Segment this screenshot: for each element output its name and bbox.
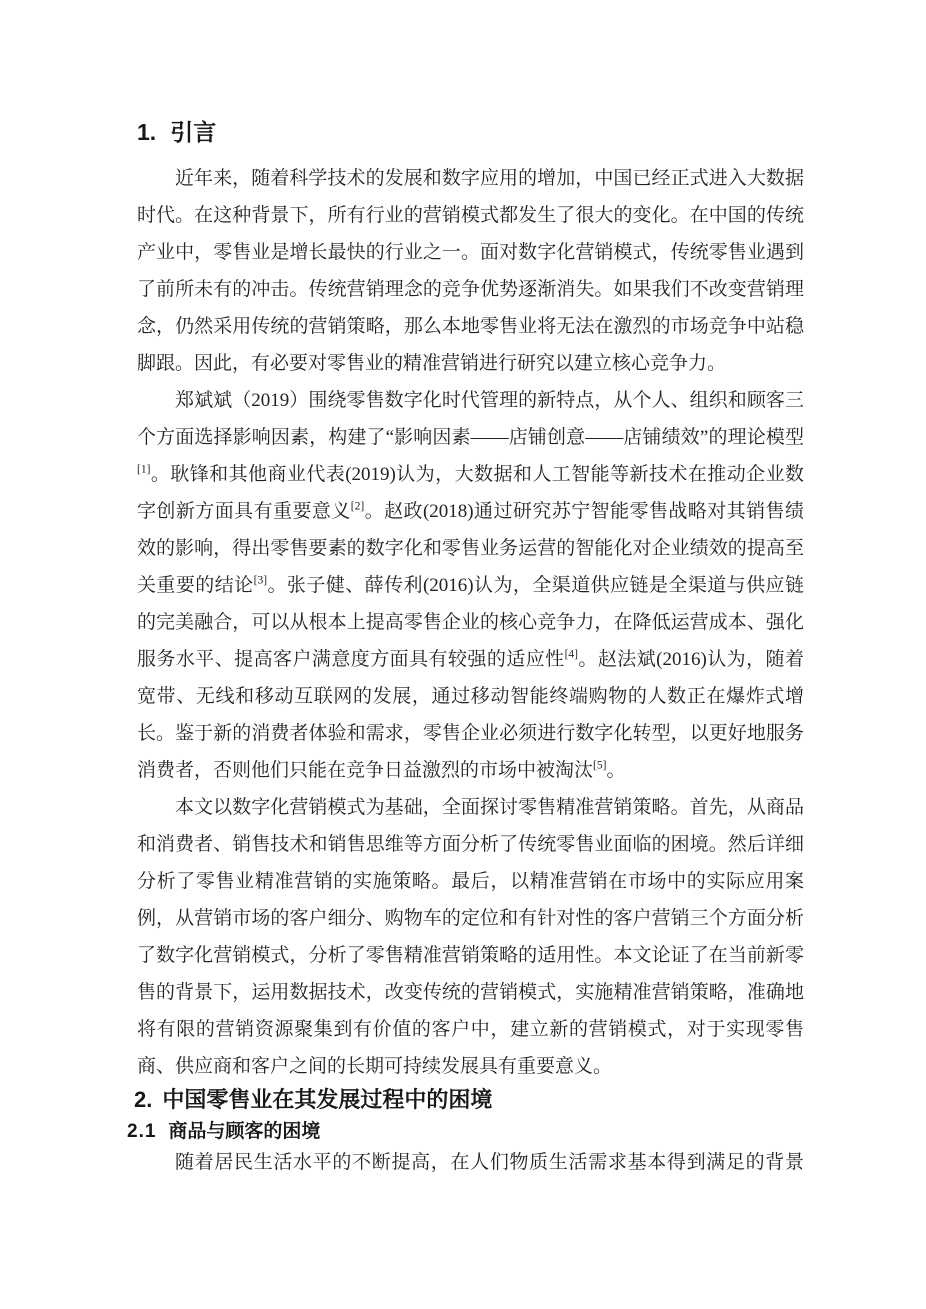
section-1-number: 1. <box>137 118 156 146</box>
intro-paragraph-1: 近年来，随着科学技术的发展和数字应用的增加，中国已经正式进入大数据时代。在这种背… <box>137 160 804 382</box>
section-2-title: 中国零售业在其发展过程中的困境 <box>162 1087 492 1112</box>
section-2-heading: 2.中国零售业在其发展过程中的困境 <box>134 1085 804 1114</box>
section-2-number: 2. <box>134 1085 152 1114</box>
section-2-1-paragraph: 随着居民生活水平的不断提高，在人们物质生活需求基本得到满足的背景 <box>137 1144 804 1181</box>
page-content: 1.引言 近年来，随着科学技术的发展和数字应用的增加，中国已经正式进入大数据时代… <box>137 0 804 1181</box>
intro-paragraph-3-overview: 本文以数字化营销模式为基础，全面探讨零售精准营销策略。首先，从商品和消费者、销售… <box>137 789 804 1085</box>
document-page: 1.引言 近年来，随着科学技术的发展和数字应用的增加，中国已经正式进入大数据时代… <box>0 0 926 1309</box>
section-2-1-title: 商品与顾客的困境 <box>168 1121 320 1142</box>
section-1-heading: 1.引言 <box>137 118 804 146</box>
section-2-1-number: 2.1 <box>127 1119 156 1144</box>
section-2-1-heading: 2.1商品与顾客的困境 <box>127 1119 804 1144</box>
section-1-title: 引言 <box>170 119 216 145</box>
intro-paragraph-2-literature: 郑斌斌（2019）围绕零售数字化时代管理的新特点，从个人、组织和顾客三个方面选择… <box>137 382 804 789</box>
